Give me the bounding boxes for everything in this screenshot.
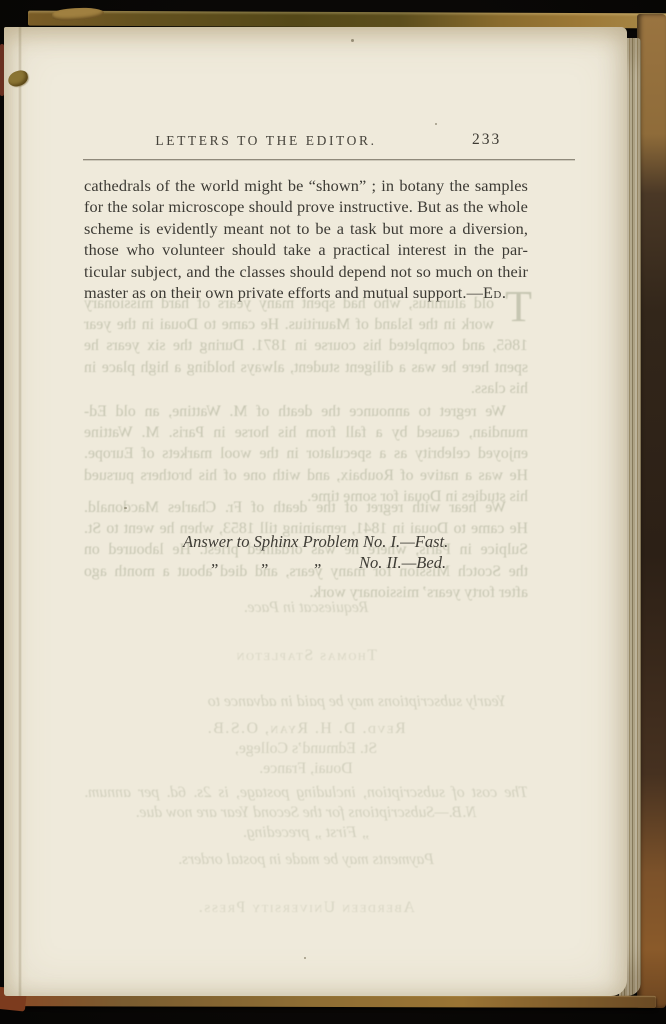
bleedthrough-line: He was a native of Roubaix, and with one… xyxy=(84,465,528,486)
bleedthrough-line: We regret to announce the death of M. Wa… xyxy=(84,401,528,422)
ditto-mark: „ xyxy=(314,550,323,571)
bleedthrough-line: spent here he was a diligent student, al… xyxy=(84,357,528,378)
bleedthrough-line: work in the Island of Mauritius. He came… xyxy=(84,314,528,335)
bleedthrough-dropcap: T xyxy=(505,285,532,329)
bleedthrough-line: Yearly subscriptions may be paid in adva… xyxy=(84,691,528,712)
sphinx-answers: Answer to Sphinx Problem No. I.—Fast. „ … xyxy=(183,531,483,573)
book-top-edge xyxy=(28,11,666,29)
running-head-title: LETTERS TO THE EDITOR. xyxy=(44,133,488,149)
sphinx-answer-2-text: No. II.—Bed. xyxy=(359,552,446,573)
bleedthrough-line: 1865, and completed his course in 1871. … xyxy=(84,335,528,356)
letter-paragraph: cathedrals of the world might be “shown”… xyxy=(84,175,528,303)
gutter-crease xyxy=(18,27,22,996)
bleedthrough-subscriptions: Yearly subscriptions may be paid in adva… xyxy=(84,691,528,712)
bleedthrough-line: Requiescat in Pace. xyxy=(84,597,528,618)
bleedthrough-line: N.B.—Subscriptions for the Second Year a… xyxy=(84,803,528,823)
header-rule xyxy=(83,159,575,160)
bleedthrough-line: Aberdeen University Press. xyxy=(84,897,528,918)
bleedthrough-signature: Thomas Stapleton xyxy=(84,645,528,666)
speck xyxy=(351,39,354,42)
bleedthrough-para-mauritius: T old alumnus, who had spent many years … xyxy=(84,293,528,399)
book-page: LETTERS TO THE EDITOR. 233 cathedrals of… xyxy=(4,27,627,996)
book-bottom-edge xyxy=(8,994,656,1008)
bleedthrough-line: Douai, France. xyxy=(84,759,528,779)
bleedthrough-line: We hear with regret of the death of Fr. … xyxy=(84,497,528,518)
bleedthrough-cost: The cost of subscription, including post… xyxy=(84,783,528,843)
sphinx-answer-2: „ „ „ No. II.—Bed. xyxy=(183,552,483,573)
bleedthrough-line: mundian, caused by a fall from his horse… xyxy=(84,422,528,443)
paragraph-line: ticular subject, and the classes should … xyxy=(84,261,528,282)
bleedthrough-press: Aberdeen University Press. xyxy=(84,897,528,918)
bleedthrough-line: old alumnus, who had spent many years of… xyxy=(84,293,528,314)
ditto-mark: „ xyxy=(211,550,220,571)
bleedthrough-line: Payments may be made in postal orders. xyxy=(84,849,528,870)
page-number: 233 xyxy=(472,131,501,149)
bleedthrough-line: Thomas Stapleton xyxy=(84,645,528,666)
speck xyxy=(435,123,437,125)
speck xyxy=(304,957,306,959)
bleedthrough-line: „ First „ preceding. xyxy=(84,823,528,843)
page-stain xyxy=(7,69,30,88)
sphinx-answer-1: Answer to Sphinx Problem No. I.—Fast. xyxy=(183,531,483,552)
bleedthrough-payments: Payments may be made in postal orders. xyxy=(84,849,528,870)
paragraph-line: cathedrals of the world might be “shown”… xyxy=(84,175,528,196)
paragraph-line: those who volunteer should take a practi… xyxy=(84,239,528,260)
bleedthrough-line: The cost of subscription, including post… xyxy=(84,783,528,803)
bleedthrough-requiescat: Requiescat in Pace. xyxy=(84,597,528,618)
scanned-book-photo: LETTERS TO THE EDITOR. 233 cathedrals of… xyxy=(0,0,666,1024)
bleedthrough-line: St. Edmund’s College, xyxy=(84,739,528,759)
bleedthrough-address: Revd. D. H. Ryan, O.S.B. St. Edmund’s Co… xyxy=(84,719,528,779)
book-right-cover xyxy=(637,14,666,1008)
bleedthrough-line: enjoyed celebrity as a speculator in the… xyxy=(84,443,528,464)
paragraph-line: scheme is evidently meant not to be a ta… xyxy=(84,218,528,239)
bleedthrough-para-wattine: We regret to announce the death of M. Wa… xyxy=(84,401,528,507)
paragraph-line: for the solar microscope should prove in… xyxy=(84,196,528,217)
ditto-mark: „ xyxy=(261,550,270,571)
bleedthrough-line: his class. xyxy=(84,378,528,399)
bleedthrough-line: Revd. D. H. Ryan, O.S.B. xyxy=(84,719,528,739)
